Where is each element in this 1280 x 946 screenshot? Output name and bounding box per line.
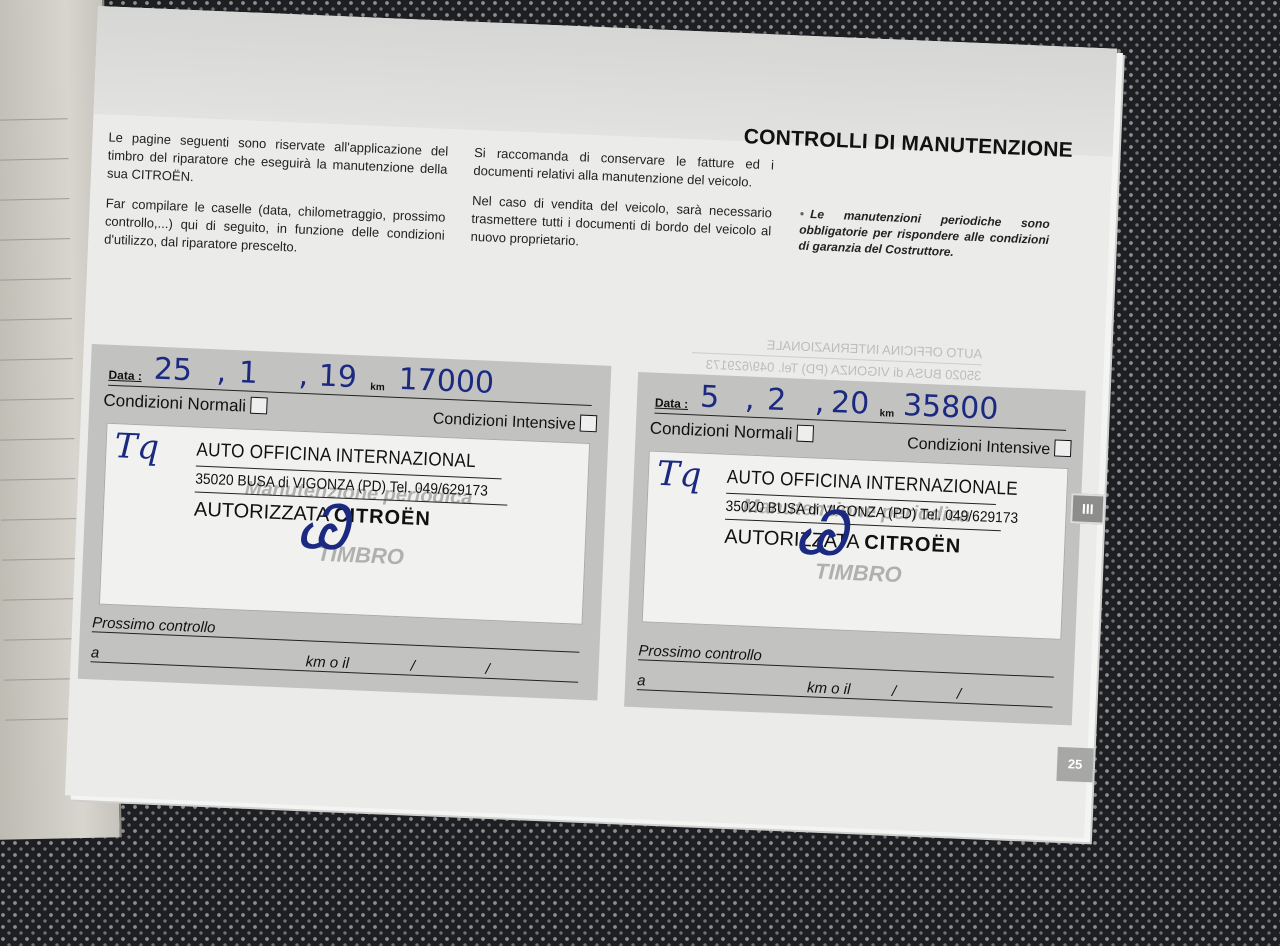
km-label: km [370,382,385,394]
booklet-page: CONTROLLI DI MANUTENZIONE Le pagine segu… [65,6,1117,838]
date-year: 20 [830,385,870,422]
workshop-stamp: AUTO OFFICINA INTERNAZIONAL 35020 BUSA d… [193,440,536,536]
km-label: km [879,408,894,420]
maintenance-entry-1: Data : 25 , 1 , 19 km 17000 Condizioni N… [78,344,612,700]
page-rule [1,518,76,521]
intro-column-2: Si raccomanda di conservare le fatture e… [470,144,775,270]
km-value: 35800 [902,388,999,427]
date-slash: / [957,686,962,703]
date-day: 25 [153,352,193,389]
page-rule [0,198,69,201]
page-rule [0,118,68,121]
section-tab: III [1070,493,1105,524]
next-check-label: Prossimo controllo [638,642,762,664]
date-month: 2 [766,382,787,418]
page-rule [0,158,69,161]
page-rule [4,678,79,681]
condizioni-normali-label: Condizioni Normali [649,418,792,443]
warranty-note: •Le manutenzioni periodiche sono obbliga… [798,206,1050,264]
citroen-logo: CITROËN [864,532,962,558]
page-rule [4,638,79,641]
next-check-row[interactable]: Prossimo controllo [638,642,1054,677]
condizioni-intensive-label: Condizioni Intensive [907,435,1051,458]
date-day: 5 [699,380,720,416]
date-sep: , [298,358,309,393]
at-label: a [91,644,100,661]
page-rule [0,438,74,441]
warranty-note-text: Le manutenzioni periodiche sono obbligat… [798,207,1050,259]
page-rule [3,598,78,601]
handwritten-signature: Ꮚ [297,492,350,564]
page-rule [0,318,72,321]
date-sep: , [216,354,227,389]
intro-paragraph: Le pagine seguenti sono riservate all'ap… [107,129,449,197]
date-sep: , [744,381,755,416]
date-slash: / [410,658,415,675]
page-rule [0,478,75,481]
date-label: Data : [108,368,142,383]
handwritten-initials: Tq [114,426,160,468]
km-or-date-label: km o il [807,679,851,698]
page-rule [0,398,74,401]
km-or-date-label: km o il [305,653,349,672]
intro-column-1: Le pagine seguenti sono riservate all'ap… [103,129,448,275]
bullet-icon: • [800,207,805,221]
page-number: 25 [1056,747,1093,782]
at-label: a [637,672,646,689]
page-rule [0,278,71,281]
workshop-stamp: AUTO OFFICINA INTERNAZIONALE 35020 BUSA … [724,467,1027,561]
condizioni-normali-checkbox[interactable] [250,397,268,415]
intro-paragraph: Nel caso di vendita del veicolo, sarà ne… [470,192,772,259]
condizioni-normali-label: Condizioni Normali [103,391,246,416]
page-rule [0,358,73,361]
maintenance-booklet: CONTROLLI DI MANUTENZIONE Le pagine segu… [64,6,1127,848]
date-slash: / [485,661,490,678]
page-rule [2,558,77,561]
date-slash: / [892,683,897,700]
page-rule [0,238,70,241]
next-check-km-date-row[interactable]: a km o il / / [637,672,1053,707]
km-value: 17000 [398,362,495,401]
next-check-km-date-row[interactable]: a km o il / / [91,644,579,682]
intro-paragraph: Far compilare le caselle (data, chilomet… [104,195,446,263]
handwritten-signature: Ꮚ [795,498,848,570]
date-sep: , [814,384,825,419]
intro-paragraph: Si raccomanda di conservare le fatture e… [473,144,774,193]
date-year: 19 [318,359,358,396]
handwritten-initials: Tq [656,454,702,496]
stamp-area: Manutenzione periodica TIMBRO Tq AUTO OF… [99,423,590,625]
date-label: Data : [655,396,689,411]
condizioni-normali-checkbox[interactable] [796,425,814,443]
condizioni-intensive-checkbox[interactable] [1054,439,1072,457]
stamp-area: Manutenzione periodica TIMBRO Tq AUTO OF… [642,450,1069,639]
maintenance-entry-2: Data : 5 , 2 , 20 km 35800 Condizioni No… [624,372,1086,725]
condizioni-intensive-label: Condizioni Intensive [432,410,576,433]
date-month: 1 [238,355,259,391]
condizioni-intensive-checkbox[interactable] [580,415,598,433]
next-check-label: Prossimo controllo [92,614,216,636]
